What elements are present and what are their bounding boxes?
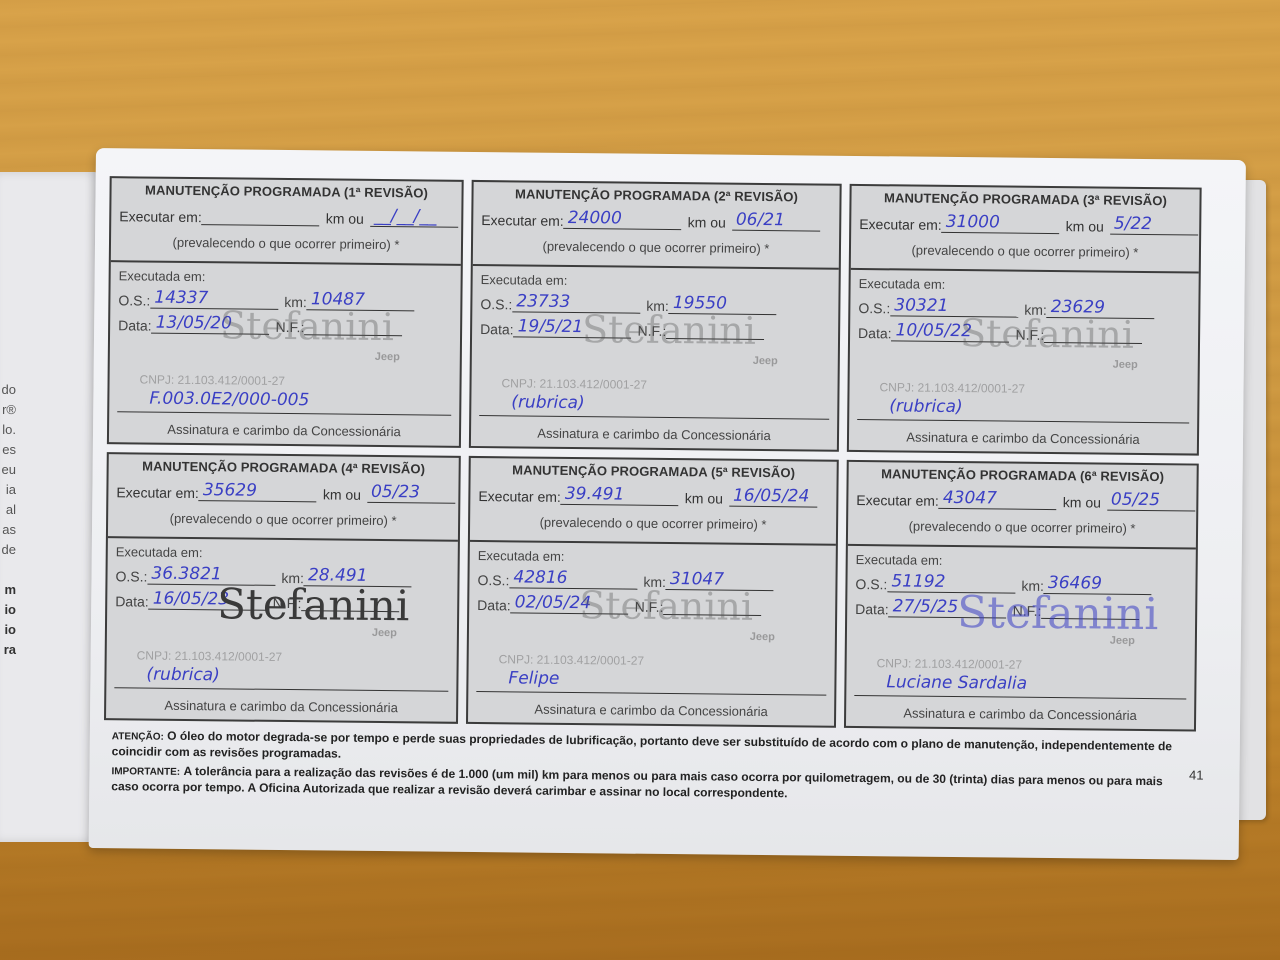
prevalecendo-note: (prevalecendo o que ocorrer primeiro) * [116, 510, 450, 528]
revision-executed: Stefanini Jeep CNPJ: 21.103.412/0001-27 … [849, 270, 1199, 454]
os-km-row: O.S.: 36.3821 km: 28.491 [115, 563, 449, 587]
dealer-stamp-cnpj: CNPJ: 21.103.412/0001-27 [137, 648, 283, 664]
revision-executed: Stefanini Jeep CNPJ: 21.103.412/0001-27 … [468, 542, 836, 726]
atencao-text: O óleo do motor degrada-se por tempo e p… [112, 729, 1172, 761]
importante-label: IMPORTANTE: [111, 766, 180, 778]
nf-label: N.F.: [1015, 327, 1044, 343]
executada-label: Executada em: [478, 548, 828, 567]
km-ou-label: km ou [326, 210, 364, 226]
km-field[interactable]: 28.491 [304, 565, 412, 587]
dealer-stamp-brand: Jeep [1113, 359, 1138, 371]
importante-note: IMPORTANTE: A tolerância para a realizaç… [111, 763, 1191, 805]
nf-field[interactable] [304, 334, 402, 336]
date-label: Data: [855, 601, 889, 617]
scheduled-km-field[interactable]: 35629 [199, 480, 317, 502]
left-page: dor®lo.eseuiaalasde mioiora [0, 172, 100, 842]
os-field[interactable]: 30321 [890, 295, 1018, 317]
signature[interactable]: Luciane Sardalia [886, 672, 1027, 693]
nf-field[interactable] [663, 614, 761, 616]
edge-text-fragment: m [0, 580, 16, 600]
scheduled-date-field[interactable]: 05/25 [1107, 490, 1195, 512]
os-field[interactable]: 42816 [509, 567, 637, 589]
scheduled-row: Executar em: 43047 km ou 05/25 [856, 487, 1188, 511]
edge-text-fragment: io [0, 600, 16, 620]
signature-caption: Assinatura e carimbo da Concessionária [471, 425, 837, 444]
nf-label: N.F.: [273, 595, 302, 611]
scheduled-date-field[interactable]: __/__/__ [370, 206, 458, 228]
revision-header: MANUTENÇÃO PROGRAMADA (5ª REVISÃO) Execu… [470, 458, 837, 546]
km-field[interactable]: 23629 [1047, 297, 1155, 319]
nf-label: N.F.: [276, 319, 305, 335]
date-nf-row: Data: 10/05/22 N.F.: [858, 320, 1190, 344]
revision-title: MANUTENÇÃO PROGRAMADA (4ª REVISÃO) [117, 458, 451, 476]
dealer-stamp-cnpj: CNPJ: 21.103.412/0001-27 [140, 372, 286, 388]
date-field[interactable]: 02/05/24 [511, 592, 629, 614]
revision-card-6: MANUTENÇÃO PROGRAMADA (6ª REVISÃO) Execu… [844, 460, 1199, 732]
nf-field[interactable] [666, 338, 764, 340]
revision-card-5: MANUTENÇÃO PROGRAMADA (5ª REVISÃO) Execu… [466, 456, 839, 728]
date-field[interactable]: 27/5/25 [889, 596, 1007, 618]
os-label: O.S.: [477, 572, 509, 588]
scheduled-row: Executar em: 24000 km ou 06/21 [481, 207, 831, 232]
dealer-stamp-cnpj: CNPJ: 21.103.412/0001-27 [879, 380, 1025, 396]
os-label: O.S.: [480, 296, 512, 312]
edge-text-fragment: de [0, 540, 16, 560]
nf-label: N.F.: [635, 599, 664, 615]
date-label: Data: [858, 325, 892, 341]
revision-header: MANUTENÇÃO PROGRAMADA (6ª REVISÃO) Execu… [848, 462, 1197, 550]
atencao-label: ATENÇÃO: [112, 731, 164, 743]
km-label: km: [1024, 302, 1047, 318]
dealer-stamp-cnpj: CNPJ: 21.103.412/0001-27 [499, 652, 645, 668]
os-label: O.S.: [115, 568, 147, 584]
signature-line [479, 415, 829, 420]
signature-line [857, 419, 1189, 423]
km-label: km: [646, 298, 669, 314]
executada-label: Executada em: [116, 544, 450, 562]
km-label: km: [1021, 578, 1044, 594]
date-field[interactable]: 13/05/20 [152, 313, 270, 335]
os-km-row: O.S.: 30321 km: 23629 [858, 295, 1190, 319]
os-field[interactable]: 36.3821 [147, 564, 275, 586]
scheduled-date-field[interactable]: 06/21 [732, 210, 820, 232]
executada-label: Executada em: [119, 268, 453, 286]
executar-label: Executar em: [856, 492, 939, 509]
scheduled-date-field[interactable]: 5/22 [1110, 214, 1198, 236]
scheduled-km-field[interactable]: 31000 [942, 212, 1060, 234]
km-label: km: [284, 294, 307, 310]
km-ou-label: km ou [323, 486, 361, 502]
nf-label: N.F.: [638, 323, 667, 339]
left-page-edge-text: dor®lo.eseuiaalasde mioiora [0, 380, 16, 660]
date-label: Data: [480, 321, 514, 337]
revision-title: MANUTENÇÃO PROGRAMADA (6ª REVISÃO) [857, 466, 1189, 484]
edge-text-fragment: r® [0, 400, 16, 420]
scheduled-row: Executar em: 39.491 km ou 16/05/24 [478, 483, 828, 508]
edge-text-fragment: io [0, 620, 16, 640]
os-label: O.S.: [118, 292, 150, 308]
nf-field[interactable] [301, 610, 399, 612]
scheduled-date-field[interactable]: 05/23 [367, 482, 455, 504]
prevalecendo-note: (prevalecendo o que ocorrer primeiro) * [856, 518, 1188, 536]
km-label: km: [643, 574, 666, 590]
scheduled-row: Executar em: km ou __/__/__ [119, 203, 453, 227]
os-label: O.S.: [858, 300, 890, 316]
revision-title: MANUTENÇÃO PROGRAMADA (1ª REVISÃO) [119, 182, 453, 200]
scheduled-row: Executar em: 31000 km ou 5/22 [859, 211, 1191, 235]
revision-card-4: MANUTENÇÃO PROGRAMADA (4ª REVISÃO) Execu… [104, 452, 461, 724]
signature-line [117, 411, 451, 415]
signature-line [854, 695, 1186, 699]
scheduled-km-field[interactable]: 39.491 [561, 484, 679, 506]
date-nf-row: Data: 16/05/23 N.F.: [115, 588, 449, 612]
dealer-stamp-cnpj: CNPJ: 21.103.412/0001-27 [877, 656, 1023, 672]
edge-text-fragment: do [0, 380, 16, 400]
date-field[interactable]: 16/05/23 [149, 589, 267, 611]
executar-label: Executar em: [478, 488, 561, 505]
nf-field[interactable] [1044, 342, 1142, 344]
signature-line [476, 691, 826, 696]
dealer-stamp-cnpj: CNPJ: 21.103.412/0001-27 [501, 376, 647, 392]
scheduled-row: Executar em: 35629 km ou 05/23 [116, 479, 450, 503]
revision-header: MANUTENÇÃO PROGRAMADA (3ª REVISÃO) Execu… [851, 186, 1200, 274]
date-label: Data: [115, 593, 149, 609]
signature-line [114, 687, 448, 691]
signature[interactable]: (rubrica) [889, 396, 963, 417]
date-label: Data: [118, 317, 152, 333]
date-field[interactable]: 19/5/21 [514, 316, 632, 338]
km-field[interactable]: 10487 [307, 289, 415, 311]
edge-text-fragment: as [0, 520, 16, 540]
km-field[interactable]: 19550 [669, 293, 777, 315]
os-label: O.S.: [855, 576, 887, 592]
signature[interactable]: (rubrica) [511, 392, 585, 413]
executar-label: Executar em: [116, 484, 199, 501]
prevalecendo-note: (prevalecendo o que ocorrer primeiro) * [478, 514, 828, 533]
revision-executed: Stefanini Jeep CNPJ: 21.103.412/0001-27 … [846, 546, 1196, 730]
signature[interactable]: Felipe [508, 668, 559, 689]
os-km-row: O.S.: 23733 km: 19550 [480, 291, 830, 316]
revision-header: MANUTENÇÃO PROGRAMADA (1ª REVISÃO) Execu… [111, 178, 462, 266]
km-label: km: [281, 570, 304, 586]
prevalecendo-note: (prevalecendo o que ocorrer primeiro) * [859, 242, 1191, 260]
prevalecendo-note: (prevalecendo o que ocorrer primeiro) * [481, 238, 831, 257]
importante-text: A tolerância para a realização das revis… [111, 764, 1163, 800]
executar-label: Executar em: [119, 208, 202, 225]
scheduled-km-field[interactable]: 43047 [939, 488, 1057, 510]
executada-label: Executada em: [859, 276, 1191, 294]
revision-executed: Stefanini Jeep CNPJ: 21.103.412/0001-27 … [106, 538, 458, 722]
date-nf-row: Data: 19/5/21 N.F.: [480, 316, 830, 341]
date-nf-row: Data: 02/05/24 N.F.: [477, 592, 827, 617]
scheduled-date-field[interactable]: 16/05/24 [729, 486, 817, 508]
dealer-stamp-brand: Jeep [750, 631, 775, 643]
scheduled-km-field[interactable]: 24000 [564, 208, 682, 230]
signature-caption: Assinatura e carimbo da Concessionária [109, 421, 459, 440]
edge-text-fragment: al [0, 500, 16, 520]
dealer-stamp-brand: Jeep [753, 355, 778, 367]
date-label: Data: [477, 597, 511, 613]
revision-title: MANUTENÇÃO PROGRAMADA (5ª REVISÃO) [479, 462, 829, 481]
footer-notes: ATENÇÃO: O óleo do motor degrada-se por … [111, 728, 1192, 805]
revision-title: MANUTENÇÃO PROGRAMADA (2ª REVISÃO) [481, 186, 831, 205]
os-field[interactable]: 23733 [512, 291, 640, 313]
revision-executed: Stefanini Jeep CNPJ: 21.103.412/0001-27 … [471, 266, 839, 450]
km-ou-label: km ou [688, 214, 726, 230]
signature-caption: Assinatura e carimbo da Concessionária [846, 705, 1194, 724]
page-number: 41 [1189, 767, 1204, 782]
executada-label: Executada em: [481, 272, 831, 291]
signature[interactable]: (rubrica) [146, 665, 220, 686]
os-field[interactable]: 14337 [150, 288, 278, 310]
km-field[interactable]: 31047 [666, 569, 774, 591]
nf-field[interactable] [1041, 618, 1139, 620]
executar-label: Executar em: [481, 212, 564, 229]
revision-card-3: MANUTENÇÃO PROGRAMADA (3ª REVISÃO) Execu… [847, 184, 1202, 456]
revision-card-1: MANUTENÇÃO PROGRAMADA (1ª REVISÃO) Execu… [107, 176, 464, 448]
scheduled-km-field[interactable] [202, 224, 320, 226]
edge-text-fragment: ia [0, 480, 16, 500]
date-nf-row: Data: 13/05/20 N.F.: [118, 312, 452, 336]
dealer-stamp-brand: Jeep [1110, 635, 1135, 647]
signature-caption: Assinatura e carimbo da Concessionária [106, 697, 456, 716]
km-ou-label: km ou [1066, 218, 1104, 234]
os-km-row: O.S.: 42816 km: 31047 [477, 567, 827, 592]
dealer-stamp-brand: Jeep [372, 627, 397, 639]
executada-label: Executada em: [856, 552, 1188, 570]
km-field[interactable]: 36469 [1044, 573, 1152, 595]
prevalecendo-note: (prevalecendo o que ocorrer primeiro) * [119, 234, 453, 252]
os-km-row: O.S.: 14337 km: 10487 [118, 287, 452, 311]
revision-header: MANUTENÇÃO PROGRAMADA (2ª REVISÃO) Execu… [473, 182, 840, 270]
edge-text-fragment: ra [0, 640, 16, 660]
date-field[interactable]: 10/05/22 [891, 320, 1009, 342]
edge-text-fragment [0, 560, 16, 580]
executar-label: Executar em: [859, 216, 942, 233]
km-ou-label: km ou [1063, 494, 1101, 510]
revision-executed: Stefanini Jeep CNPJ: 21.103.412/0001-27 … [109, 262, 461, 446]
date-nf-row: Data: 27/5/25 N.F.: [855, 596, 1187, 620]
os-field[interactable]: 51192 [887, 571, 1015, 593]
edge-text-fragment: lo. [0, 420, 16, 440]
revision-grid: MANUTENÇÃO PROGRAMADA (1ª REVISÃO) Execu… [104, 176, 1200, 731]
nf-label: N.F.: [1013, 603, 1042, 619]
edge-text-fragment: eu [0, 460, 16, 480]
km-ou-label: km ou [685, 490, 723, 506]
signature-caption: Assinatura e carimbo da Concessionária [849, 429, 1197, 448]
signature-caption: Assinatura e carimbo da Concessionária [468, 701, 834, 720]
edge-text-fragment: es [0, 440, 16, 460]
revision-title: MANUTENÇÃO PROGRAMADA (3ª REVISÃO) [859, 190, 1191, 208]
right-page: MANUTENÇÃO PROGRAMADA (1ª REVISÃO) Execu… [89, 148, 1246, 860]
dealer-stamp-brand: Jeep [375, 351, 400, 363]
revision-card-2: MANUTENÇÃO PROGRAMADA (2ª REVISÃO) Execu… [469, 180, 842, 452]
os-km-row: O.S.: 51192 km: 36469 [855, 571, 1187, 595]
revision-header: MANUTENÇÃO PROGRAMADA (4ª REVISÃO) Execu… [108, 454, 459, 542]
signature[interactable]: F.003.0E2/000-005 [149, 389, 309, 411]
